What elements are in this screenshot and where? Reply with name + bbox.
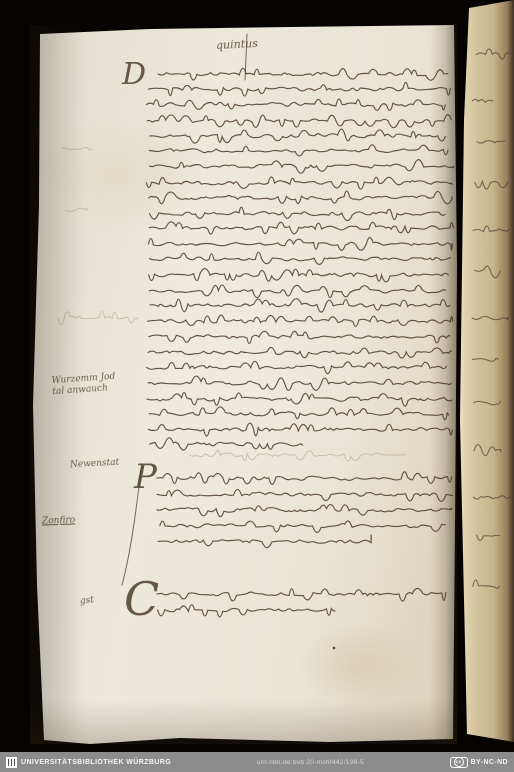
next-leaf-writing-fragment [473, 580, 500, 588]
library-name: UNIVERSITÄTSBIBLIOTHEK WÜRZBURG [21, 759, 171, 766]
next-leaf-writing-fragment [472, 99, 493, 102]
next-leaf-writing-fragment [473, 496, 513, 499]
ghost-showthrough-line [190, 450, 405, 461]
handwriting-layer [0, 0, 514, 772]
handwritten-line [150, 160, 454, 174]
handwritten-line [149, 237, 453, 250]
handwritten-line [150, 252, 451, 264]
handwritten-line [147, 361, 447, 373]
handwritten-line [149, 331, 450, 343]
handwritten-line [146, 177, 452, 189]
handwritten-line [149, 407, 448, 420]
handwritten-line [160, 521, 445, 532]
next-leaf-writing-fragment [472, 316, 509, 319]
handwritten-line [146, 99, 445, 110]
handwritten-line [148, 423, 452, 436]
library-logo-icon [6, 757, 17, 768]
handwritten-line [149, 285, 445, 298]
ghost-showthrough-line [66, 208, 88, 211]
handwritten-line [150, 129, 446, 143]
next-leaf-writing-fragment [475, 266, 501, 278]
handwritten-line [150, 438, 303, 450]
handwritten-line [150, 207, 446, 220]
logo-mark [8, 759, 15, 766]
handwritten-line [158, 605, 336, 617]
handwritten-line [150, 299, 450, 312]
handwritten-line [149, 269, 449, 282]
handwritten-line [157, 588, 446, 601]
manuscript-scan: quintus Wurzemm Jod tal anwauchNewenstat… [0, 0, 514, 772]
license-badge: cc BY-NC-ND [450, 757, 508, 768]
next-leaf-writing-fragment [474, 401, 501, 405]
ghost-showthrough-line [58, 312, 138, 325]
next-leaf-writing-fragment [477, 535, 500, 540]
footer-bar: UNIVERSITÄTSBIBLIOTHEK WÜRZBURG urn:nbn:… [0, 752, 514, 772]
handwritten-line [147, 392, 452, 406]
next-leaf-writing-fragment [477, 141, 505, 144]
next-leaf-writing-fragment [472, 358, 498, 361]
handwritten-line [157, 505, 452, 517]
handwritten-line [148, 376, 451, 390]
next-leaf-writing-fragment [476, 49, 510, 59]
cc-icon: cc [450, 757, 468, 768]
library-branding: UNIVERSITÄTSBIBLIOTHEK WÜRZBURG [6, 757, 171, 768]
handwritten-line [148, 347, 452, 358]
handwritten-line [147, 115, 451, 128]
urn-label: urn:nbn:de:bvb:20-mchf442/198-5 [171, 759, 450, 766]
license-label: BY-NC-ND [471, 759, 508, 766]
ink-dot [333, 647, 336, 650]
handwritten-line [158, 535, 371, 548]
next-leaf-writing-fragment [474, 445, 501, 456]
handwritten-line [148, 82, 450, 96]
handwritten-line [149, 145, 448, 156]
handwritten-line [148, 315, 453, 326]
handwritten-line [149, 191, 452, 204]
pen-flourish [122, 470, 141, 585]
handwritten-line [157, 472, 452, 485]
next-leaf-writing-fragment [475, 181, 508, 189]
cc-circle-icon: cc [454, 757, 464, 767]
handwritten-line [158, 68, 448, 80]
ghost-showthrough-line [62, 147, 92, 149]
handwritten-line [157, 489, 452, 501]
next-leaf-writing-fragment [473, 226, 509, 232]
handwritten-line [149, 222, 453, 234]
